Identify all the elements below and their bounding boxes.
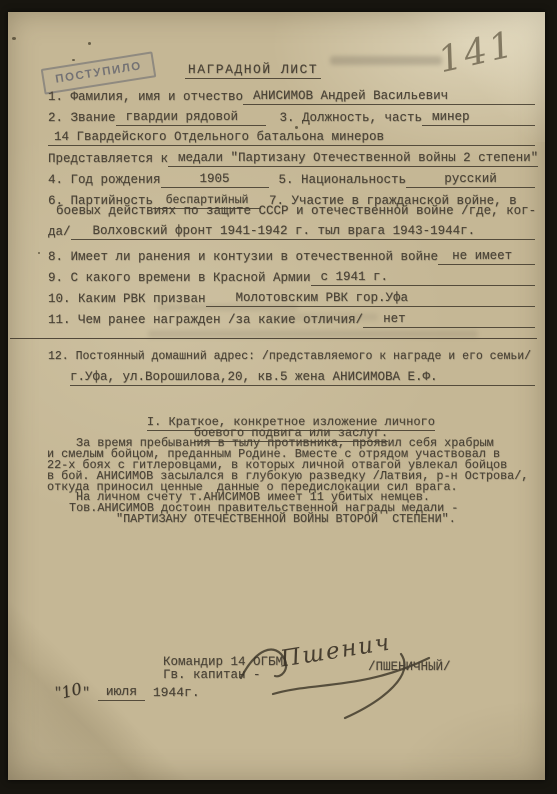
document-page: ПОСТУПИЛО 141 НАГРАДНОЙ ЛИСТ 1. Фамилия,…	[8, 12, 545, 780]
field-drafted-by-label: 10. Каким РВК призван	[48, 292, 206, 307]
field-prior-awards-label: 11. Чем ранее награжден /за какие отличи…	[48, 313, 363, 328]
field-war-participation-where: да/Волховский фронт 1941-1942 г. тыл вра…	[48, 224, 535, 240]
paper-speck	[88, 42, 91, 45]
field-prior-awards-value: нет	[363, 312, 535, 328]
field-drafted-by-value: Молотовским РВК гор.Уфа	[206, 291, 535, 307]
date-spacer	[90, 685, 98, 701]
field-position-value: минер	[422, 110, 535, 126]
field-army-since-value: с 1941 г.	[311, 270, 535, 286]
document-title-text: НАГРАДНОЙ ЛИСТ	[185, 62, 321, 79]
field-nationality-label: 5. Национальность	[269, 173, 407, 188]
signature-commander-line: Командир 14 ОГБМ	[163, 655, 283, 669]
field-rank-and-position: 2. Званиегвардии рядовой3. Должность, ча…	[48, 110, 535, 126]
field-war-participation-cont: боевых действиях по защите СССР и отечес…	[48, 204, 535, 219]
field-war-participation-value: Волховский фронт 1941-1942 г. тыл врага …	[71, 224, 535, 240]
document-title: НАГРАДНОЙ ЛИСТ	[143, 62, 363, 78]
date-line: "10" июля 1944г.	[54, 684, 200, 701]
field-presented-label: Представляется к	[48, 152, 168, 167]
scanned-document-photo: { "corner_number": "141", "stamp": { "te…	[0, 0, 557, 794]
citation-text: За время пребывания в тылу противника, п…	[47, 438, 534, 525]
field-war-participation-label-cont: боевых действиях по защите СССР и отечес…	[48, 204, 536, 219]
received-stamp-text: ПОСТУПИЛО	[55, 60, 143, 86]
field-name: 1. Фамилия, имя и отчествоАНИСИМОВ Андре…	[48, 89, 535, 105]
field-rank-value: гвардии рядовой	[116, 110, 266, 126]
field-birth-year-label: 4. Год рождения	[48, 173, 161, 188]
date-month: июля	[98, 684, 145, 701]
horizontal-rule	[10, 338, 537, 339]
date-close-quote: "	[82, 685, 90, 701]
signature-name-typed: /ПШЕНИЧНЫЙ/	[368, 660, 451, 674]
date-day-handwritten: 10	[60, 681, 84, 701]
field-wounds-label: 8. Имеет ли ранения и контузии в отечест…	[48, 250, 438, 265]
field-prior-awards: 11. Чем ранее награжден /за какие отличи…	[48, 312, 535, 328]
paper-speck	[72, 59, 75, 61]
faded-ink-smudge	[148, 330, 478, 338]
field-army-since-label: 9. С какого времени в Красной Армии	[48, 271, 311, 286]
field-name-label: 1. Фамилия, имя и отчество	[48, 90, 243, 105]
field-rank-label: 2. Звание	[48, 111, 116, 126]
field-unit-value: 14 Гвардейского Отдельного батальона мин…	[48, 130, 535, 146]
field-presented-for: Представляется кмедали "Партизану Отечес…	[48, 151, 535, 167]
paper-speck	[12, 37, 16, 40]
field-wounds-value: не имеет	[438, 249, 535, 265]
field-presented-value: медали "Партизану Отечественной войны 2 …	[168, 151, 538, 167]
signature-rank-line: Гв. капитан -	[163, 668, 261, 682]
field-birth-year-value: 1905	[161, 172, 269, 188]
field-home-address-value: г.Уфа, ул.Ворошилова,20, кв.5 жена АНИСИ…	[70, 370, 535, 386]
field-army-since: 9. С какого времени в Красной Армиис 194…	[48, 270, 535, 286]
field-home-address-value-row: г.Уфа, ул.Ворошилова,20, кв.5 жена АНИСИ…	[70, 370, 535, 386]
field-birth-and-nationality: 4. Год рождения19055. Национальностьрусс…	[48, 172, 535, 188]
field-home-address-label: 12. Постоянный домашний адрес: /представ…	[48, 349, 531, 364]
field-home-address: 12. Постоянный домашний адрес: /представ…	[48, 349, 535, 364]
field-name-value: АНИСИМОВ Андрей Васильевич	[243, 89, 535, 105]
field-unit: 14 Гвардейского Отдельного батальона мин…	[48, 130, 535, 146]
field-position-label: 3. Должность, часть	[266, 111, 423, 126]
paper-speck	[38, 252, 40, 254]
field-drafted-by: 10. Каким РВК призванМолотовским РВК гор…	[48, 291, 535, 307]
paper-speck	[295, 126, 298, 129]
field-nationality-value: русский	[406, 172, 535, 188]
date-spacer	[145, 685, 153, 701]
field-war-participation-label-end: да/	[48, 225, 71, 240]
date-year: 1944г.	[153, 685, 200, 701]
field-wounds: 8. Имеет ли ранения и контузии в отечест…	[48, 249, 535, 265]
citation-line: "ПАРТИЗАНУ ОТЕЧЕСТВЕННОЙ ВОЙНЫ ВТОРОЙ СТ…	[47, 514, 534, 525]
